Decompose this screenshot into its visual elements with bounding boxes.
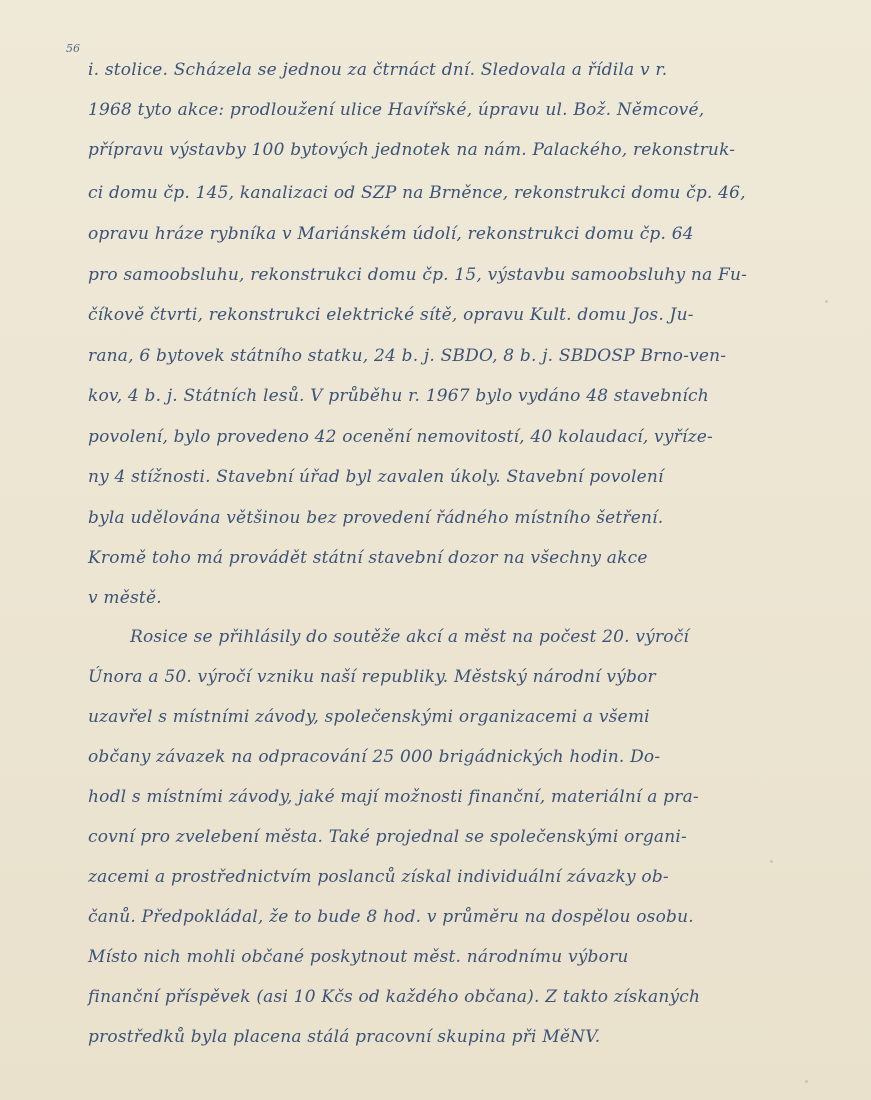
text-line: Kromě toho má provádět státní stavební d… (88, 548, 648, 568)
text-line: ci domu čp. 145, kanalizaci od SZP na Br… (88, 183, 746, 203)
text-line: covní pro zvelebení města. Také projedna… (88, 827, 687, 847)
text-line: hodl s místními závody, jaké mají možnos… (88, 787, 699, 807)
text-line: i. stolice. Scházela se jednou za čtrnác… (88, 60, 667, 80)
text-line: opravu hráze rybníka v Mariánském údolí,… (88, 224, 694, 244)
text-line: čanů. Předpokládal, že to bude 8 hod. v … (88, 907, 694, 927)
paper-spot (825, 300, 828, 303)
paragraph-start-line: Rosice se přihlásily do soutěže akcí a m… (130, 627, 689, 647)
text-line: kov, 4 b. j. Státních lesů. V průběhu r.… (88, 386, 709, 406)
text-line: číkově čtvrti, rekonstrukci elektrické s… (88, 305, 694, 325)
text-line: ny 4 stížnosti. Stavební úřad byl zavale… (88, 467, 664, 487)
text-line: přípravu výstavby 100 bytových jednotek … (88, 140, 735, 160)
text-line: Místo nich mohli občané poskytnout měst.… (88, 947, 629, 967)
text-line: byla udělována většinou bez provedení řá… (88, 508, 663, 528)
page-number: 56 (66, 42, 80, 55)
text-line: 1968 tyto akce: prodloužení ulice Havířs… (88, 100, 704, 120)
text-line: uzavřel s místními závody, společenskými… (88, 707, 650, 727)
paper-spot (805, 1080, 808, 1083)
text-line: Února a 50. výročí vzniku naší republiky… (88, 667, 656, 687)
text-line: prostředků byla placena stálá pracovní s… (88, 1027, 600, 1047)
text-line: rana, 6 bytovek státního statku, 24 b. j… (88, 346, 726, 366)
document-page: 56 i. stolice. Scházela se jednou za čtr… (0, 0, 871, 1100)
text-line: povolení, bylo provedeno 42 ocenění nemo… (88, 427, 713, 447)
text-line: zacemi a prostřednictvím poslanců získal… (88, 867, 669, 887)
paper-spot (770, 860, 773, 863)
text-line: pro samoobsluhu, rekonstrukci domu čp. 1… (88, 265, 747, 285)
text-line: občany závazek na odpracování 25 000 bri… (88, 747, 660, 767)
text-line: finanční příspěvek (asi 10 Kčs od každéh… (88, 987, 700, 1007)
text-line: v městě. (88, 588, 162, 608)
